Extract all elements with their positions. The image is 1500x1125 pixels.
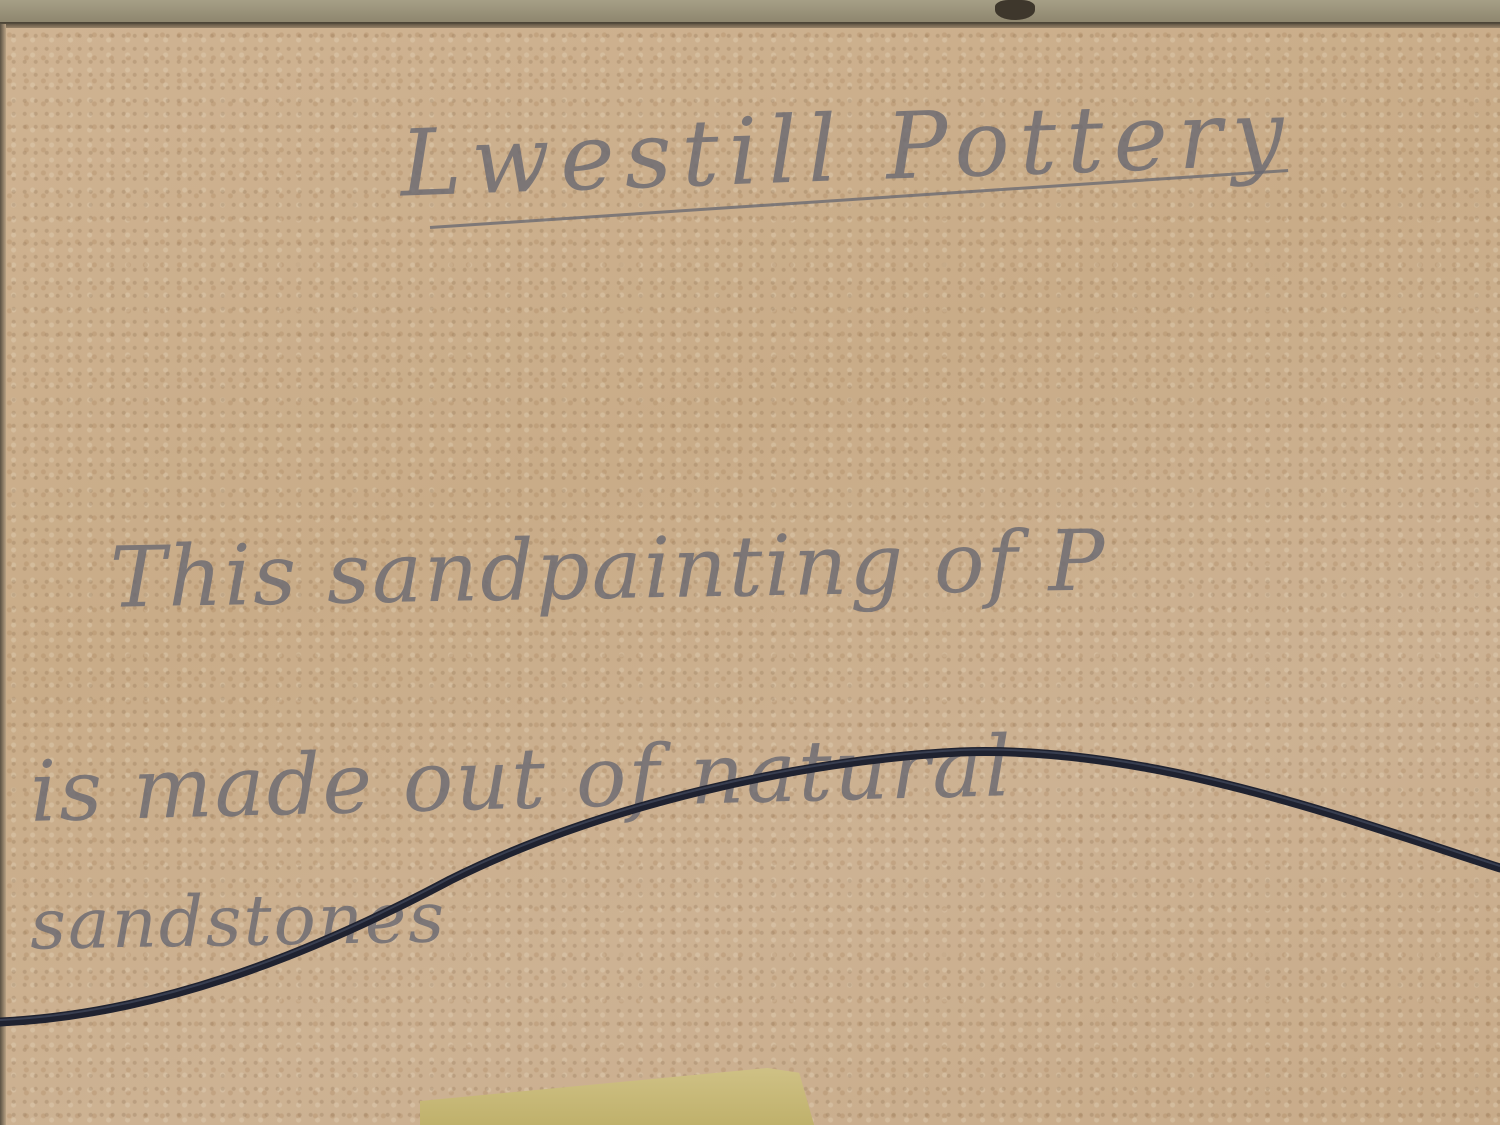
- frame-wood-knot: [995, 0, 1035, 20]
- handwritten-line-1: This sandpainting of P: [109, 511, 1107, 626]
- handwritten-line-3: sandstones: [29, 876, 447, 965]
- picture-frame-top-edge: [0, 0, 1500, 24]
